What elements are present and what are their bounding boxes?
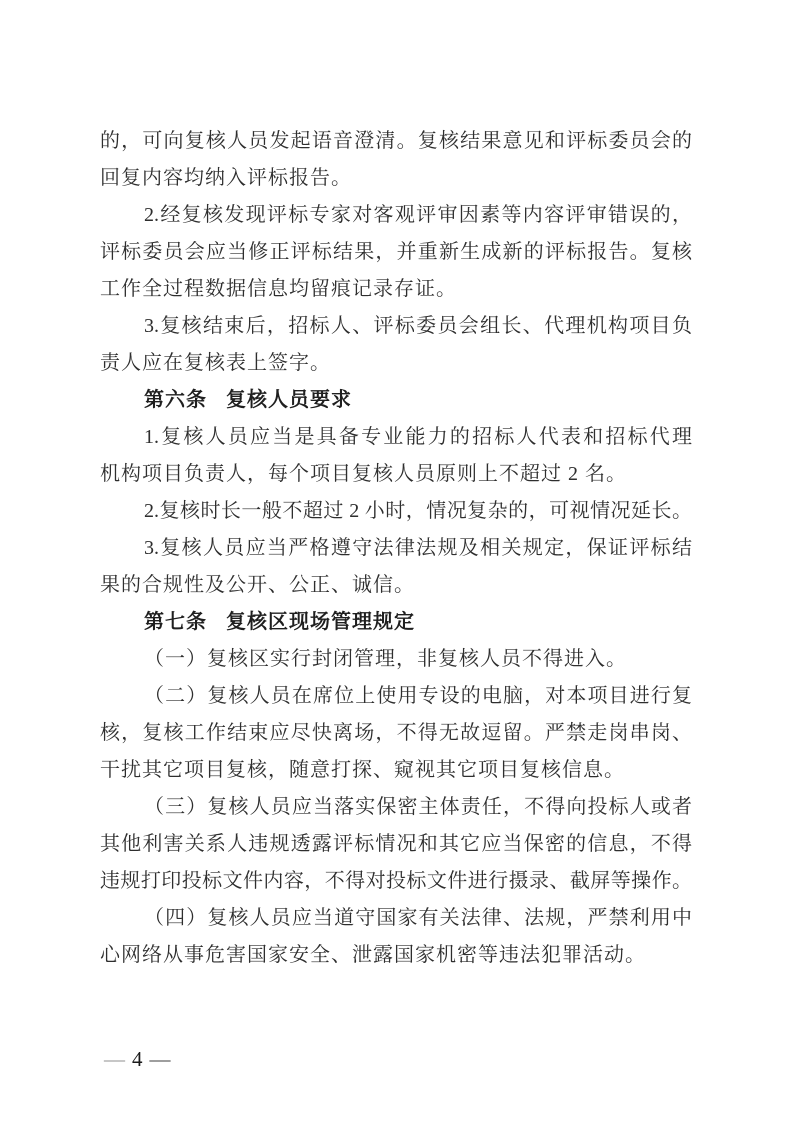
text-line: 责人应在复核表上签字。 — [100, 345, 692, 382]
text-line: 2.经复核发现评标专家对客观评审因素等内容评审错误的， — [100, 197, 692, 234]
text-line: （二）复核人员在席位上使用专设的电脑，对本项目进行复 — [100, 678, 692, 715]
document-body: 的，可向复核人员发起语音澄清。复核结果意见和评标委员会的 回复内容均纳入评标报告… — [100, 123, 692, 974]
text-line: 核，复核工作结束应尽快离场，不得无故逗留。严禁走岗串岗、 — [100, 715, 692, 752]
text-line: 3.复核人员应当严格遵守法律法规及相关规定，保证评标结 — [100, 530, 692, 567]
text-line: 3.复核结束后，招标人、评标委员会组长、代理机构项目负 — [100, 308, 692, 345]
page-footer: —4— — [104, 1044, 171, 1074]
text-line: 机构项目负责人，每个项目复核人员原则上不超过 2 名。 — [100, 456, 692, 493]
text-line: 的，可向复核人员发起语音澄清。复核结果意见和评标委员会的 — [100, 123, 692, 160]
text-line: 评标委员会应当修正评标结果，并重新生成新的评标报告。复核 — [100, 234, 692, 271]
footer-dash-right: — — [150, 1047, 171, 1071]
text-line: 其他利害关系人违规透露评标情况和其它应当保密的信息，不得 — [100, 826, 692, 863]
text-line: 干扰其它项目复核，随意打探、窥视其它项目复核信息。 — [100, 752, 692, 789]
article-title: 复核人员要求 — [226, 389, 352, 411]
page-number: 4 — [130, 1047, 145, 1071]
article-number: 第六条 — [144, 389, 207, 411]
document-page: 的，可向复核人员发起语音澄清。复核结果意见和评标委员会的 回复内容均纳入评标报告… — [0, 0, 793, 1123]
text-line: 违规打印投标文件内容，不得对投标文件进行摄录、截屏等操作。 — [100, 863, 692, 900]
article-number: 第七条 — [144, 611, 207, 633]
text-line: （三）复核人员应当落实保密主体责任，不得向投标人或者 — [100, 789, 692, 826]
text-line: 1.复核人员应当是具备专业能力的招标人代表和招标代理 — [100, 419, 692, 456]
text-line: 果的合规性及公开、公正、诚信。 — [100, 567, 692, 604]
article-heading: 第六条复核人员要求 — [100, 382, 692, 419]
text-line: 回复内容均纳入评标报告。 — [100, 160, 692, 197]
footer-dash-left: — — [104, 1047, 125, 1071]
text-line: 心网络从事危害国家安全、泄露国家机密等违法犯罪活动。 — [100, 937, 692, 974]
text-line: （一）复核区实行封闭管理，非复核人员不得进入。 — [100, 641, 692, 678]
text-line: （四）复核人员应当道守国家有关法律、法规，严禁利用中 — [100, 900, 692, 937]
text-line: 2.复核时长一般不超过 2 小时，情况复杂的，可视情况延长。 — [100, 493, 692, 530]
article-heading: 第七条复核区现场管理规定 — [100, 604, 692, 641]
text-line: 工作全过程数据信息均留痕记录存证。 — [100, 271, 692, 308]
article-title: 复核区现场管理规定 — [226, 611, 415, 633]
